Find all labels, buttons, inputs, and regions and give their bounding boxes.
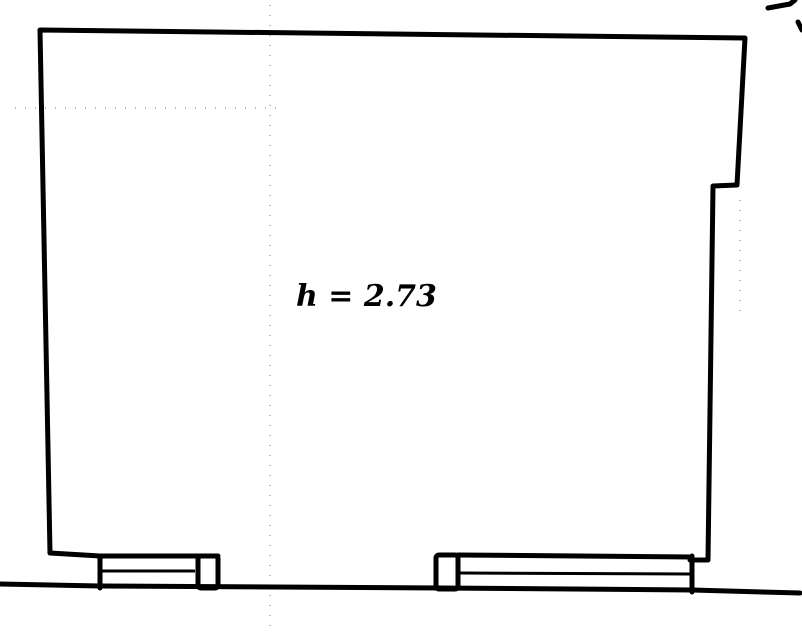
bottom-wall-left — [50, 553, 218, 556]
height-label: h = 2.73 — [296, 279, 437, 314]
floor-plan-drawing: h = 2.73 — [0, 0, 802, 634]
cutoff-annotation — [768, 0, 802, 30]
left-window — [100, 556, 218, 588]
ground-line — [0, 584, 800, 593]
